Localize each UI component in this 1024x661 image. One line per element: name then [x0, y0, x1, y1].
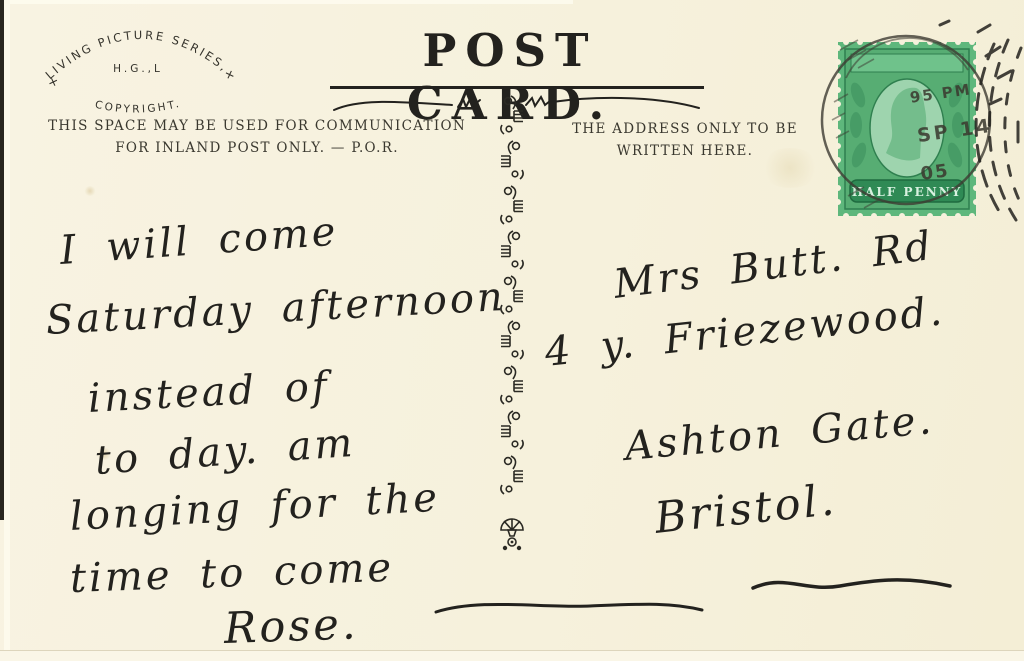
address-flourish — [745, 566, 960, 602]
divider-end-finial — [497, 514, 527, 560]
address-instruction-line2: WRITTEN HERE. — [545, 141, 825, 163]
address-line-street: 4 y. Friezewood. — [543, 288, 947, 376]
logo-monogram: H.G.,L — [113, 63, 163, 75]
postmark-date: SP 14 — [916, 115, 994, 147]
message-line: I will come — [58, 209, 339, 274]
logo-left-cross: + — [45, 73, 61, 91]
title-rule — [330, 86, 704, 89]
message-line: instead of — [87, 363, 331, 422]
message-signature: Rose. — [223, 599, 359, 654]
publisher-logo: LIVING PICTURE SERIES, H.G.,L COPYRIGHT.… — [20, 6, 255, 124]
svg-text:COPYRIGHT.: COPYRIGHT. — [94, 98, 182, 116]
scan-edge-bottom — [0, 650, 1024, 661]
message-line: Saturday afternoon — [45, 274, 507, 344]
communication-instruction: THIS SPACE MAY BE USED FOR COMMUNICATION… — [22, 116, 492, 159]
message-underline-flourish — [430, 592, 710, 622]
logo-copyright-text: COPYRIGHT. — [94, 98, 182, 116]
postcard-back: LIVING PICTURE SERIES, H.G.,L COPYRIGHT.… — [0, 0, 1024, 661]
address-line-district: Ashton Gate. — [623, 397, 936, 470]
message-line: time to come — [69, 545, 395, 602]
address-line-city: Bristol. — [652, 475, 839, 544]
communication-instruction-line1: THIS SPACE MAY BE USED FOR COMMUNICATION — [22, 116, 492, 138]
address-instruction: THE ADDRESS ONLY TO BE WRITTEN HERE. — [545, 119, 825, 162]
postmark-time: 95 PM — [909, 80, 973, 106]
address-instruction-line1: THE ADDRESS ONLY TO BE — [545, 119, 825, 141]
postmark-year: 05 — [919, 160, 951, 185]
postmark-cancellation: 95 PM SP 14 05 — [818, 16, 1024, 242]
communication-instruction-line2: FOR INLAND POST ONLY. — P.O.R. — [22, 138, 492, 160]
scan-edge-top — [10, 0, 573, 4]
message-line: longing for the — [69, 475, 441, 540]
message-line: to day. am — [93, 420, 356, 484]
paper-stain — [84, 186, 96, 196]
scan-edge-left-light — [4, 0, 10, 661]
